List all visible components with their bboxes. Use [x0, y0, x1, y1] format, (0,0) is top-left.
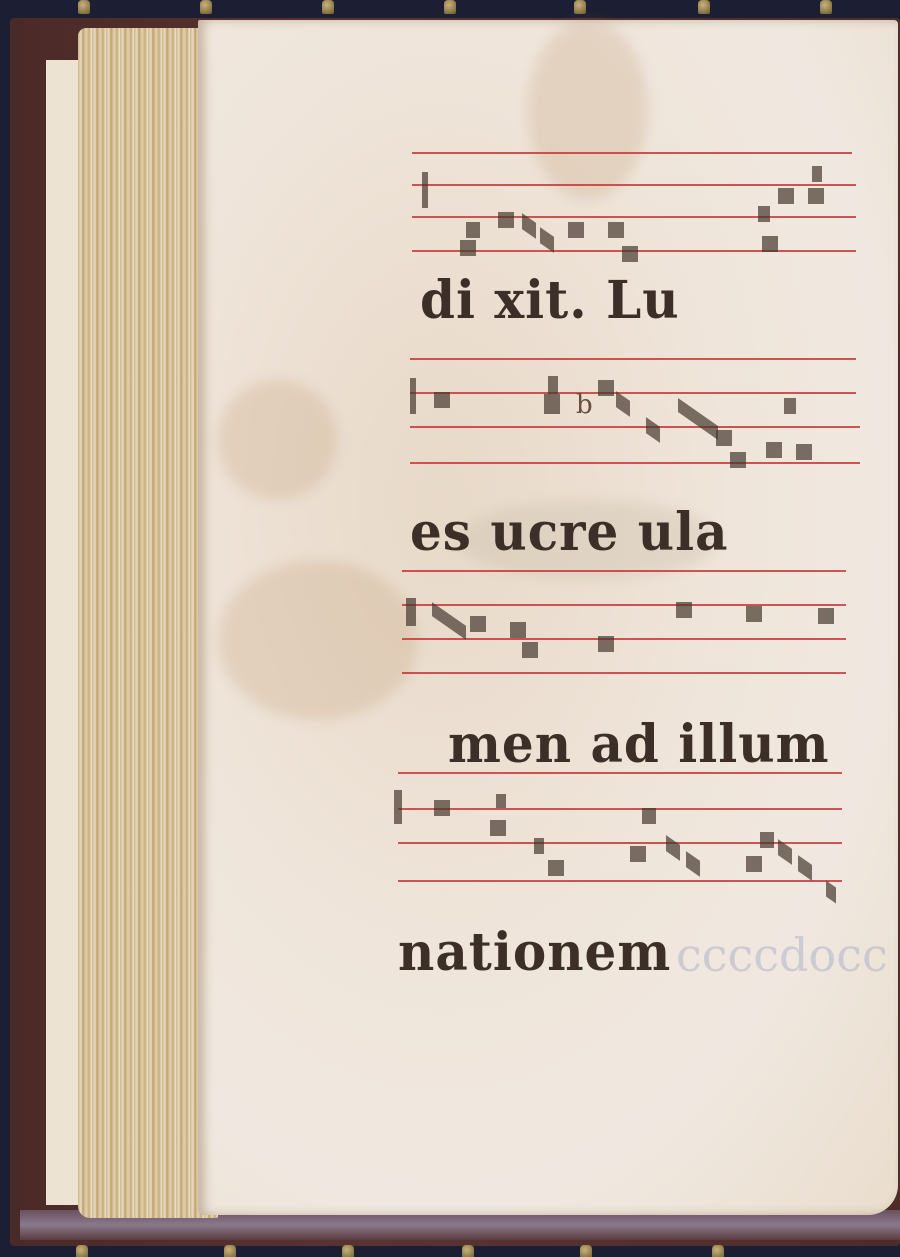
manuscript-page: di xit. Lu b es ucre ula: [198, 20, 898, 1215]
b-flat-accidental-icon: b: [576, 390, 593, 420]
clasp-knob: [78, 0, 90, 14]
clasp-knob: [200, 0, 212, 14]
clasp-knob: [342, 1245, 354, 1257]
clasp-knob: [698, 0, 710, 14]
clasp-knob: [444, 0, 456, 14]
clasp-knob: [820, 0, 832, 14]
stain: [218, 560, 418, 720]
clasp-knob: [580, 1245, 592, 1257]
clasp-knob: [462, 1245, 474, 1257]
clasp-knob: [76, 1245, 88, 1257]
clasp-knob: [574, 0, 586, 14]
page-stack: [78, 28, 218, 1218]
lyric-line-1: di xit. Lu: [420, 269, 680, 331]
stain: [218, 380, 338, 500]
lyric-line-4: nationem: [398, 921, 671, 983]
stain: [528, 20, 648, 200]
clasp-knob: [322, 0, 334, 14]
lyric-line-2: es ucre ula: [410, 501, 728, 563]
clasp-knob: [224, 1245, 236, 1257]
show-through-text: ccccdocc: [676, 928, 888, 982]
lyric-line-3: men ad illum: [448, 713, 829, 775]
clasp-knob: [712, 1245, 724, 1257]
